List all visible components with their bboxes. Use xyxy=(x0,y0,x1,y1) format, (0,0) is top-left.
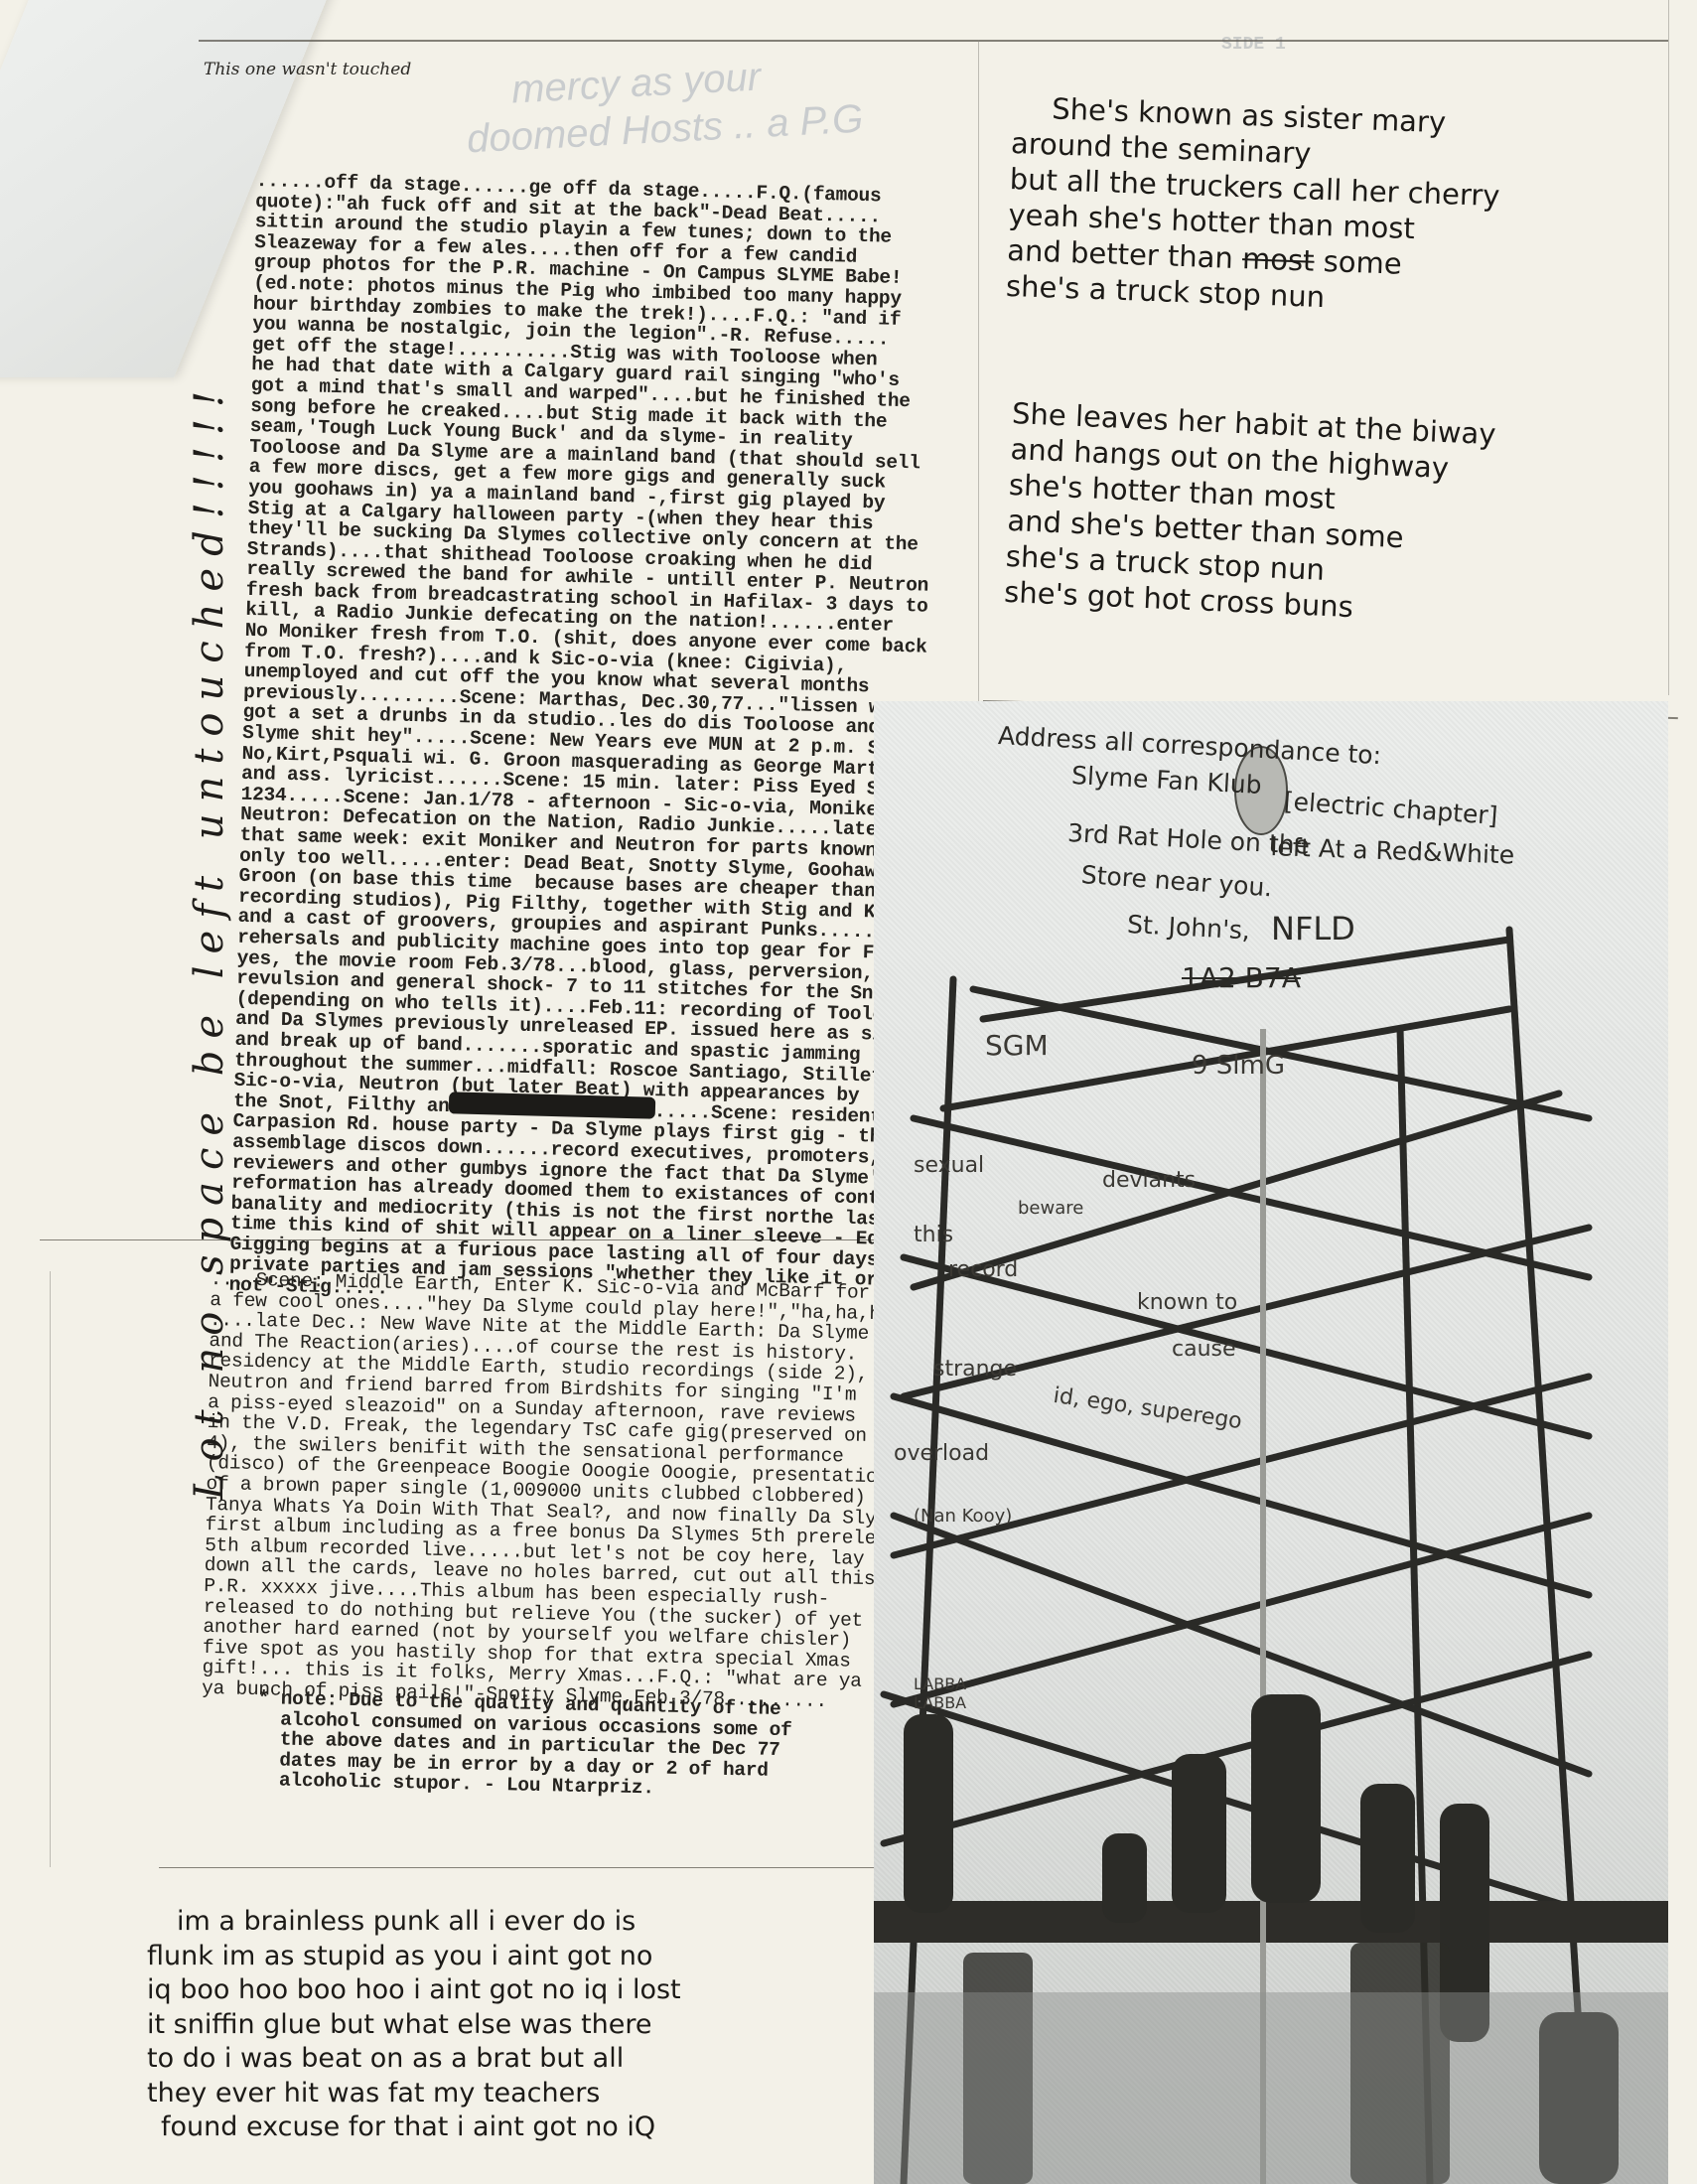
typed-footnote: * note: Due to the quality and quantity … xyxy=(256,1688,792,1802)
bottom-rule xyxy=(159,1867,874,1868)
graffiti-text: strange xyxy=(933,1357,1017,1382)
brainless-punk-lyrics: im a brainless punk all i ever do is flu… xyxy=(147,1905,681,2145)
lyric-line: iq boo hoo boo hoo i aint got no iq i lo… xyxy=(147,1973,681,2008)
typed-story-part1: ......off da stage......ge off da stage.… xyxy=(228,171,983,1313)
graffiti-text: record xyxy=(948,1257,1018,1282)
graffiti-text: beware xyxy=(1018,1198,1083,1219)
top-note: This one wasn't touched xyxy=(204,60,411,79)
replacement-word: some xyxy=(1323,244,1402,281)
graffiti-text: known to xyxy=(1137,1290,1237,1315)
lyrics-verse-2: She leaves her habit at the biway and ha… xyxy=(1004,395,1497,631)
address-province: NFLD xyxy=(1271,910,1355,947)
graffiti-text: (Nan Kooy) xyxy=(914,1506,1012,1527)
lyric-line: to do i was beat on as a brat but all xyxy=(147,2042,681,2077)
graffiti-text: overload xyxy=(894,1441,989,1466)
graffiti-text: SGM xyxy=(985,1029,1049,1062)
graffiti-text: 9 SlmG xyxy=(1192,1051,1285,1081)
graffiti-text: cause xyxy=(1172,1337,1236,1362)
lyric-line: it sniffin glue but what else was there xyxy=(147,2008,681,2043)
graffiti-text: LABBA LABBA xyxy=(914,1674,983,1712)
right-edge xyxy=(1668,0,1669,695)
graffiti-text: this xyxy=(914,1223,953,1247)
lyric-line: flunk im as stupid as you i aint got no xyxy=(147,1940,681,1974)
postal-code-struck: 1A2 B7A xyxy=(1182,961,1301,994)
ghost-side-heading: SIDE 1 xyxy=(1221,32,1286,59)
lyric-line: found excuse for that i aint got no iQ xyxy=(147,2111,681,2145)
typed-story-part2: ....Scene: Middle Earth, Enter K. Sic-o-… xyxy=(202,1269,926,1713)
struck-word: most xyxy=(1241,241,1315,278)
top-rule xyxy=(199,40,1668,42)
vertical-note-left: Lot no space be left untouched!!!!! xyxy=(187,379,232,1500)
lyric-line: im a brainless punk all i ever do is xyxy=(147,1905,681,1940)
graffiti-text: deviants xyxy=(1102,1168,1196,1193)
lyric-line: they ever hit was fat my teachers xyxy=(147,2077,681,2111)
graffiti-text: sexual xyxy=(914,1153,984,1178)
lyrics-verse-1: She's known as sister mary around the se… xyxy=(1005,89,1502,321)
left-edge xyxy=(50,1271,51,1867)
band-photo-scaffolding: Address all correspondance to: Slyme Fan… xyxy=(874,701,1668,2184)
